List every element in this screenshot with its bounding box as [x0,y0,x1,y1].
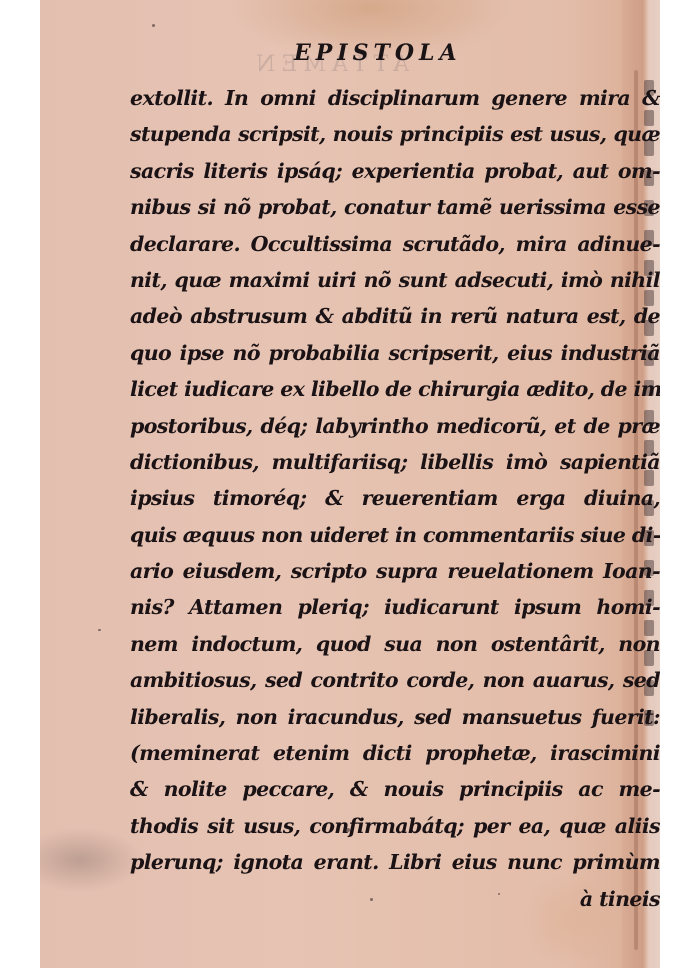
text-line: dictionibus, multifariisq; libellis imò … [130,444,660,480]
text-line: quo ipse nõ probabilia scripserit, eius … [130,335,660,371]
text-line: nis? Attamen pleriq; iudicarunt ipsum ho… [130,589,660,625]
ink-speck [498,893,500,895]
ink-speck [346,828,350,832]
text-line: ipsius timoréq; & reuerentiam erga diuin… [130,480,660,516]
ink-speck [152,24,155,27]
text-line: ambitiosus, sed contrito corde, non auar… [130,662,660,698]
text-line: licet iudicare ex libello de chirurgia æ… [130,371,660,407]
text-line: ario eiusdem, scripto supra reuelationem… [130,553,660,589]
ink-speck [98,629,101,631]
text-line: plerunq; ignota erant. Libri eius nunc p… [130,844,660,880]
text-line: thodis sit usus, confirmabátq; per ea, q… [130,808,660,844]
text-line: declarare. Occultissima scrutãdo, mira a… [130,226,660,262]
scanned-page: ATTAMEN EPISTOLA extollit. In omni disci… [40,0,660,968]
text-line: (meminerat etenim dicti prophetæ, irasci… [130,735,660,771]
catchword: à tineis [130,881,660,917]
body-text: extollit. In omni disciplinarum genere m… [130,80,660,917]
text-line: & nolite peccare, & nouis principiis ac … [130,771,660,807]
text-line: quis æquus non uideret in commentariis s… [130,517,660,553]
text-line: extollit. In omni disciplinarum genere m… [130,80,660,116]
text-line: stupenda scripsit, nouis principiis est … [130,116,660,152]
text-line: liberalis, non iracundus, sed mansuetus … [130,699,660,735]
text-line: postoribus, déq; labyrintho medicorũ, et… [130,408,660,444]
text-line: adeò abstrusum & abditũ in rerũ natura e… [130,298,660,334]
text-line: sacris literis ipsáq; experientia probat… [130,153,660,189]
text-line: nibus si nõ probat, conatur tamẽ uerissi… [130,189,660,225]
ink-speck [370,898,373,901]
text-line: nem indoctum, quod sua non ostentârit, n… [130,626,660,662]
text-line: nit, quæ maximi uiri nõ sunt adsecuti, i… [130,262,660,298]
running-header: EPISTOLA [294,40,462,66]
